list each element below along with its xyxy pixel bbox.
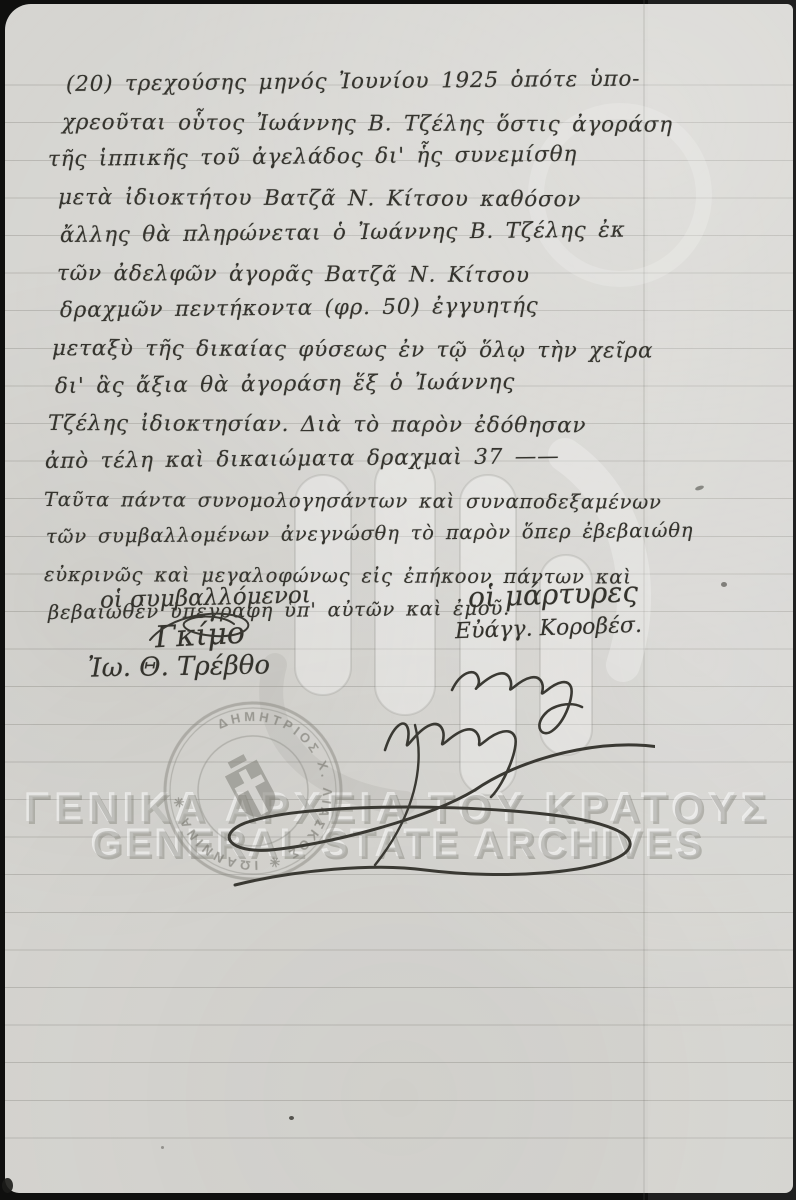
handwriting-line: τῆς ἱππικῆς τοῦ ἀγελάδος δι' ἧς συνεμίσθ… bbox=[48, 135, 712, 179]
handwriting-line: ἀπὸ τέλη καὶ δικαιώματα δραχμαὶ 37 —— bbox=[45, 437, 712, 481]
ink-speck bbox=[289, 1116, 294, 1120]
handwriting-line: δραχμῶν πεντήκοντα (φρ. 50) ἐγγυητής bbox=[60, 286, 712, 330]
handwritten-body: (20) τρεχούσης μηνός Ἰουνίου 1925 ὁπότε … bbox=[52, 66, 712, 632]
handwriting-line: δι' ἃς ἄξια θὰ ἀγοράση ἕξ ὁ Ἰωάννης bbox=[55, 361, 712, 405]
handwriting-line: (20) τρεχούσης μηνός Ἰουνίου 1925 ὁπότε … bbox=[66, 60, 712, 104]
handwriting-line: ἄλλης θὰ πληρώνεται ὁ Ἰωάννης Β. Τζέλης … bbox=[60, 211, 712, 255]
page-corner-shadow bbox=[2, 1178, 13, 1193]
signature-flourish-notary bbox=[175, 695, 655, 895]
ink-speck bbox=[161, 1146, 164, 1149]
signature-flourish-left bbox=[130, 600, 280, 655]
ink-speck bbox=[721, 582, 727, 587]
handwriting-line: τῶν συμβαλλομένων ἀνεγνώσθη τὸ παρὸν ὅπε… bbox=[46, 512, 712, 556]
scanned-document-page: ΓΕΝΙΚΑ ΑΡΧΕΙΑ ΤΟΥ ΚΡΑΤΟΥΣ GENERAL STATE … bbox=[0, 0, 796, 1200]
witnesses-heading: οἱ μάρτυρες bbox=[467, 575, 638, 614]
